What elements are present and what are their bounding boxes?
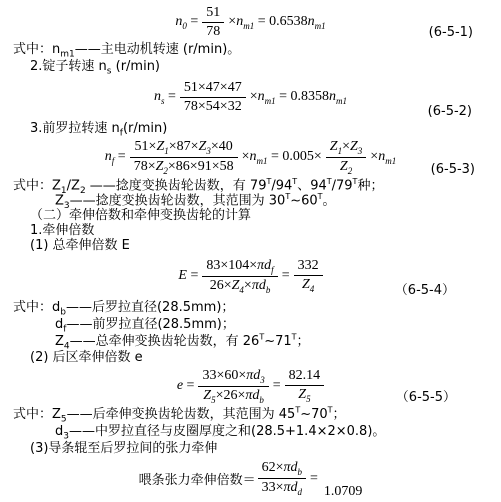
definition-line-z1-z2: 式中：Z1/Z2 ——捻度变换齿轮齿数，有 79T/94T、94T/79T种； [0,178,501,193]
fraction-denominator: Z5×26×πdb [198,387,268,405]
formula-feed-tension: 喂条张力牵伸倍数＝ 62×πdb 33×πdd = 1.0709 [0,457,501,500]
fraction-numerator: 51×47×47 [180,80,246,98]
equation-number: （6-5-4） [395,279,455,298]
formula-mid: = [273,378,281,394]
formula-6-5-5: e = 33×60×πd3 Z5×26×πdb = 82.14 Z5 （6-5-… [0,366,501,406]
equation-number: （6-5-5） [396,386,456,405]
equation-number: (6-5-2) [428,104,472,119]
formula-6-5-1: n0 = 51 78 ×nm1 = 0.6538nm1 (6-5-1) [0,3,501,41]
formula-result: 1.0709 [324,484,363,500]
formula-6-5-2-content: ns = 51×47×47 78×54×32 ×nm1 = 0.8358nm1 [152,80,349,115]
formula-6-5-5-content: e = 33×60×πd3 Z5×26×πdb = 82.14 Z5 [175,368,326,405]
item-front-roller-speed: 3.前罗拉转速 nf(r/min) [0,120,501,137]
fraction-numerator: 83×104×πdf [202,258,277,277]
formula-lhs: n0 = [175,14,198,31]
fraction: 83×104×πdf 26×Z4×πdb [202,258,277,295]
fraction: 82.14 Z5 [285,368,325,404]
formula-lhs: nf = [105,149,126,166]
document-page: n0 = 51 78 ×nm1 = 0.6538nm1 (6-5-1) 式中：n… [0,0,501,500]
fraction-denominator: 78×Z2×86×91×58 [130,158,238,176]
equation-number: (6-5-3) [431,162,475,177]
fraction-numerator: 33×60×πd3 [198,368,268,387]
item-total-draft: (1) 总牵伸倍数 E [0,238,501,253]
formula-lhs: E = [178,268,198,284]
fraction: 62×πdb 33×πdd [258,460,306,497]
fraction-denominator: 78×54×32 [180,98,246,115]
fraction-denominator: 33×πdd [258,479,306,497]
fraction-numerator: 62×πdb [258,460,306,479]
definition-line-df: df——前罗拉直径(28.5mm)； [0,316,501,333]
item-back-zone-draft: (2) 后区牵伸倍数 e [0,350,501,366]
fraction-denominator: Z4 [294,276,323,294]
definition-line-z4: Z4——总牵伸变换齿轮齿数，有 26T~71T； [0,333,501,350]
fraction-denominator: 26×Z4×πdb [202,277,277,295]
definition-line-d3: d3——中罗拉直径与皮圈厚度之和(28.5+1.4×2×0.8)。 [0,423,501,440]
heading-draft-ratio: 1.牵伸倍数 [0,223,501,238]
fraction: 332 Z4 [294,258,323,294]
formula-label: 喂条张力牵伸倍数＝ [139,469,256,488]
fraction: Z1×Z3 Z2 [326,139,367,176]
formula-lhs: e = [177,378,195,394]
fraction: 51×Z1×87×Z3×40 78×Z2×86×91×58 [130,139,238,176]
formula-feed-tension-content: 62×πdb 33×πdd = [256,460,320,497]
definition-line-z3: Z3——捻度变换齿轮齿数，其范围为 30T~60T。 [0,193,501,208]
fraction-numerator: 51×Z1×87×Z3×40 [130,139,238,158]
fraction-numerator: 82.14 [285,368,325,386]
formula-mid: = [282,268,290,284]
formula-mid: ×nm1 = 0.005× [242,149,322,166]
item-tension-draft: (3)导条辊至后罗拉间的张力牵伸 [0,440,501,457]
fraction: 51 78 [202,5,224,40]
formula-6-5-1-content: n0 = 51 78 ×nm1 = 0.6538nm1 [173,5,327,40]
heading-section-2: （二）牵伸倍数和牵伸变换齿轮的计算 [0,208,501,223]
formula-6-5-4: E = 83×104×πdf 26×Z4×πdb = 332 Z4 （6-5-4… [0,253,501,299]
formula-6-5-3: nf = 51×Z1×87×Z3×40 78×Z2×86×91×58 ×nm1 … [0,137,501,178]
formula-rhs: ×nm1 = 0.6538nm1 [228,14,325,31]
formula-6-5-2: ns = 51×47×47 78×54×32 ×nm1 = 0.8358nm1 … [0,75,501,120]
definition-line-z5: 式中：Z5——后牵伸变换齿轮齿数，其范围为 45T~70T； [0,406,501,423]
formula-rhs: ×nm1 [370,149,396,166]
fraction-numerator: 332 [294,258,323,276]
fraction-denominator: Z2 [326,158,367,176]
fraction: 33×60×πd3 Z5×26×πdb [198,368,268,405]
item-spindle-speed: 2.锭子转速 ns (r/min) [0,58,501,75]
definition-line-nm1: 式中：nm1——主电动机转速 (r/min)。 [0,41,501,58]
formula-6-5-4-content: E = 83×104×πdf 26×Z4×πdb = 332 Z4 [176,258,324,295]
formula-6-5-3-content: nf = 51×Z1×87×Z3×40 78×Z2×86×91×58 ×nm1 … [103,139,398,176]
formula-rhs: ×nm1 = 0.8358nm1 [250,89,347,106]
formula-lhs: ns = [154,89,176,106]
fraction-numerator: Z1×Z3 [326,139,367,158]
fraction-denominator: 78 [202,23,224,40]
formula-mid: = [310,471,318,487]
fraction-denominator: Z5 [285,386,325,404]
definition-line-db: 式中：db——后罗拉直径(28.5mm)； [0,299,501,316]
equation-number: (6-5-1) [429,25,473,40]
fraction-numerator: 51 [202,5,224,23]
fraction: 51×47×47 78×54×32 [180,80,246,115]
